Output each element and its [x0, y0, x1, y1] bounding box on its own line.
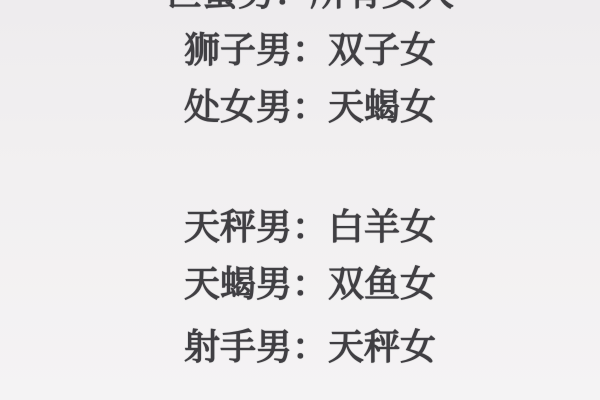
pairing-line-libra: 天秤男：白羊女 [20, 210, 600, 246]
pairing-line-sagittarius: 射手男：天秤女 [20, 330, 600, 366]
pairing-line-cancer: 巨蟹男：所有女人 [20, 0, 600, 12]
pairing-line-scorpio: 天蝎男：双鱼女 [20, 267, 600, 303]
pairing-line-virgo: 处女男：天蝎女 [20, 90, 600, 126]
zodiac-pairing-text-image: 巨蟹男：所有女人 狮子男：双子女 处女男：天蝎女 天秤男：白羊女 天蝎男：双鱼女… [0, 0, 600, 400]
pairing-line-leo: 狮子男：双子女 [20, 33, 600, 69]
